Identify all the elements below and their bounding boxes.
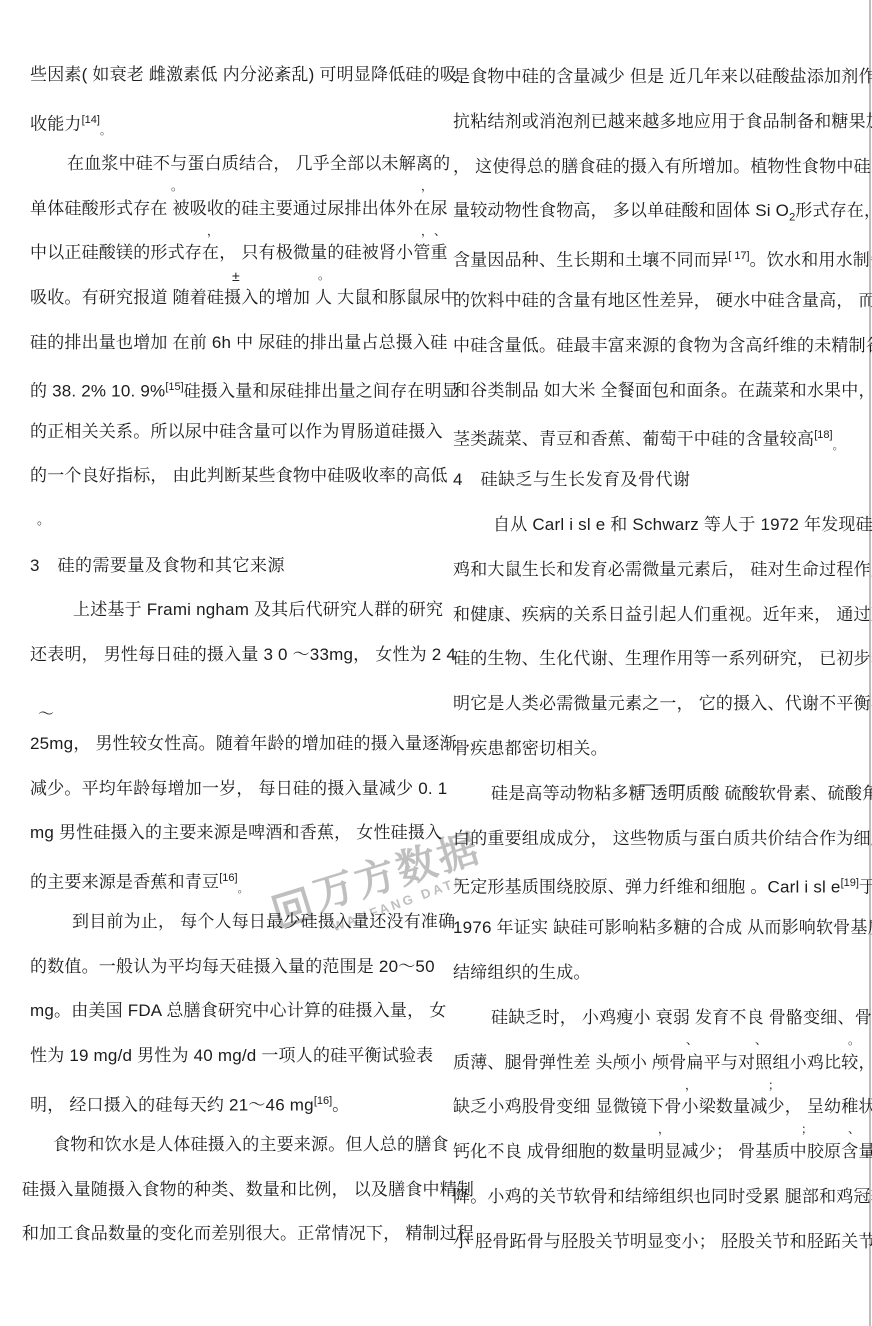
text-line: 自从 Carl i sl e 和 Schwarz 等人于 1972 年发现硅是 — [453, 503, 869, 548]
text-line: 和加工食品数量的变化而差别很大。正常情况下， 精制过程 — [30, 1212, 444, 1257]
text-line: 白的重要组成成分， 这些物质与蛋白质共价结合作为细胞外 — [453, 817, 869, 862]
text-line: 吸收。有研究报道 随着硅摄入的增加 人 大鼠和豚鼠尿中 — [30, 276, 444, 321]
text-line: 和谷类制品 如大米 全餐面包和面条。在蔬菜和水果中， 根 — [453, 369, 869, 414]
text-line: 无定形基质围绕胶原、弹力纤维和细胞 。Carl i sl e[19]于 — [453, 861, 869, 906]
text-line: 硅的排出量也增加 在前 6h 中 尿硅的排出量占总摄入硅 — [30, 321, 444, 366]
text-line: 降。小鸡的关节软骨和结缔组织也同时受累 腿部和鸡冠较 — [453, 1175, 869, 1220]
text-line: 收能力[14]。 — [30, 98, 444, 143]
text-line: 质薄、腿骨弹性差 头颅小 颅骨扁平与对照组小鸡比较， 硅，； — [453, 1041, 869, 1086]
text-line: 钙化不良 成骨细胞的数量明显减少； 骨基质中胶原含量下 — [453, 1130, 869, 1175]
text-line: 在血浆中硅不与蛋白质结合， 几乎全部以未解离的。， — [30, 142, 444, 187]
text-line: 上述基于 Frami ngham 及其后代研究人群的研究 — [30, 588, 444, 633]
document-page: 万方数据 WANFANG DATA 些因素( 如衰老 雌激素低 内分泌紊乱) 可… — [0, 0, 872, 1326]
text-line: 到目前为止， 每个人每日最少硅摄入量还没有准确 — [30, 900, 444, 945]
text-line: 中硅含量低。硅最丰富来源的食物为含高纤维的未精制谷物 — [453, 324, 869, 369]
text-line: 缺乏小鸡股骨变细 显微镜下骨小梁数量减少， 呈幼稚状态，；、 — [453, 1085, 869, 1130]
text-line: 中以正硅酸镁的形式存在， 只有极微量的硅被肾小管重±。 — [30, 231, 444, 276]
text-line: mg 男性硅摄入的主要来源是啤酒和香蕉， 女性硅摄入 — [30, 811, 444, 856]
text-line: 的数值。一般认为平均每天硅摄入量的范围是 20～50 — [30, 945, 444, 990]
text-line: 1976 年证实 缺硅可影响粘多糖的合成 从而影响软骨基质和 — [453, 906, 869, 951]
text-line: 的主要来源是香蕉和青豆[16]。 — [30, 856, 444, 901]
text-line: 明， 经口摄入的硅每天约 21～46 mg[16]。 — [30, 1079, 444, 1124]
text-line: 减少。平均年龄每增加一岁， 每日硅的摄入量减少 0. 1 — [30, 767, 444, 812]
text-line: 抗粘结剂或消泡剂已越来越多地应用于食品制备和糖果加工 — [453, 100, 869, 145]
text-line: 25mg， 男性较女性高。随着年龄的增加硅的摄入量逐渐 — [30, 722, 444, 767]
text-line: 硅缺乏时， 小鸡瘦小 衰弱 发育不良 骨骼变细、骨皮、、。 — [453, 996, 869, 1041]
text-line: 含量因品种、生长期和土壤不同而异[ 17]。饮水和用水制备 — [453, 234, 869, 279]
text-line: 的 38. 2% 10. 9%[15]硅摄入量和尿硅排出量之间存在明显 — [30, 365, 444, 410]
section-heading: 3 硅的需要量及食物和其它来源 — [30, 544, 444, 589]
column-left: 些因素( 如衰老 雌激素低 内分泌紊乱) 可明显降低硅的吸收能力[14]。在血浆… — [30, 53, 444, 1257]
stray-punctuation-mark: ～ — [38, 707, 54, 723]
text-line: mg。由美国 FDA 总膳食研究中心计算的硅摄入量， 女 — [30, 989, 444, 1034]
text-line: 。 — [30, 499, 444, 544]
text-line: 硅的生物、生化代谢、生理作用等一系列研究， 已初步表 — [453, 637, 869, 682]
text-line: 骨疾患都密切相关。 — [453, 727, 869, 772]
text-line: 明它是人类必需微量元素之一， 它的摄入、代谢不平衡与 — [453, 682, 869, 727]
text-line: 硅摄入量随摄入食物的种类、数量和比例， 以及膳食中精制 — [30, 1168, 444, 1213]
text-line: ， 这使得总的膳食硅的摄入有所增加。植物性食物中硅的含 — [453, 145, 869, 190]
stray-punctuation-mark: — — [640, 777, 655, 792]
text-line: 茎类蔬菜、青豆和香蕉、葡萄干中硅的含量较高[18]。 — [453, 413, 869, 458]
text-line: 硅是高等动物粘多糖 透明质酸 硫酸软骨素、硫酸角蛋—— — [453, 772, 869, 817]
text-line: 食物和饮水是人体硅摄入的主要来源。但人总的膳食 — [30, 1123, 444, 1168]
text-line: 和健康、疾病的关系日益引起人们重视。近年来， 通过对 — [453, 593, 869, 638]
text-line: 的饮料中硅的含量有地区性差异， 硬水中硅含量高， 而软水 — [453, 279, 869, 324]
text-line: 的正相关关系。所以尿中硅含量可以作为胃肠道硅摄入 — [30, 410, 444, 455]
text-line: 性为 19 mg/d 男性为 40 mg/d 一项人的硅平衡试验表 — [30, 1034, 444, 1079]
text-line: 的一个良好指标， 由此判断某些食物中硅吸收率的高低 — [30, 454, 444, 499]
section-heading: 4 硅缺乏与生长发育及骨代谢 — [453, 458, 869, 503]
stray-punctuation-mark: — — [670, 777, 685, 792]
text-line: 是食物中硅的含量减少 但是 近几年来以硅酸盐添加剂作为 — [453, 55, 869, 100]
text-line: 鸡和大鼠生长和发育必需微量元素后， 硅对生命过程作用 — [453, 548, 869, 593]
text-line: 还表明， 男性每日硅的摄入量 3 0 ～33mg， 女性为 2 4 — [30, 633, 444, 678]
column-right: 是食物中硅的含量减少 但是 近几年来以硅酸盐添加剂作为抗粘结剂或消泡剂已越来越多… — [453, 55, 869, 1265]
text-line: 小 胫骨跖骨与胫股关节明显变小； 胫股关节和胫跖关节的 — [453, 1220, 869, 1265]
stray-punctuation-mark: 。 — [37, 513, 50, 526]
text-line: 单体硅酸形式存在 被吸收的硅主要通过尿排出体外在尿，，、 — [30, 187, 444, 232]
text-line: ～ — [30, 677, 444, 722]
text-line: 结缔组织的生成。 — [453, 951, 869, 996]
text-line: 些因素( 如衰老 雌激素低 内分泌紊乱) 可明显降低硅的吸 — [30, 53, 444, 98]
text-line: 量较动物性食物高， 多以单硅酸和固体 Si O2形式存在， 其 — [453, 189, 869, 234]
